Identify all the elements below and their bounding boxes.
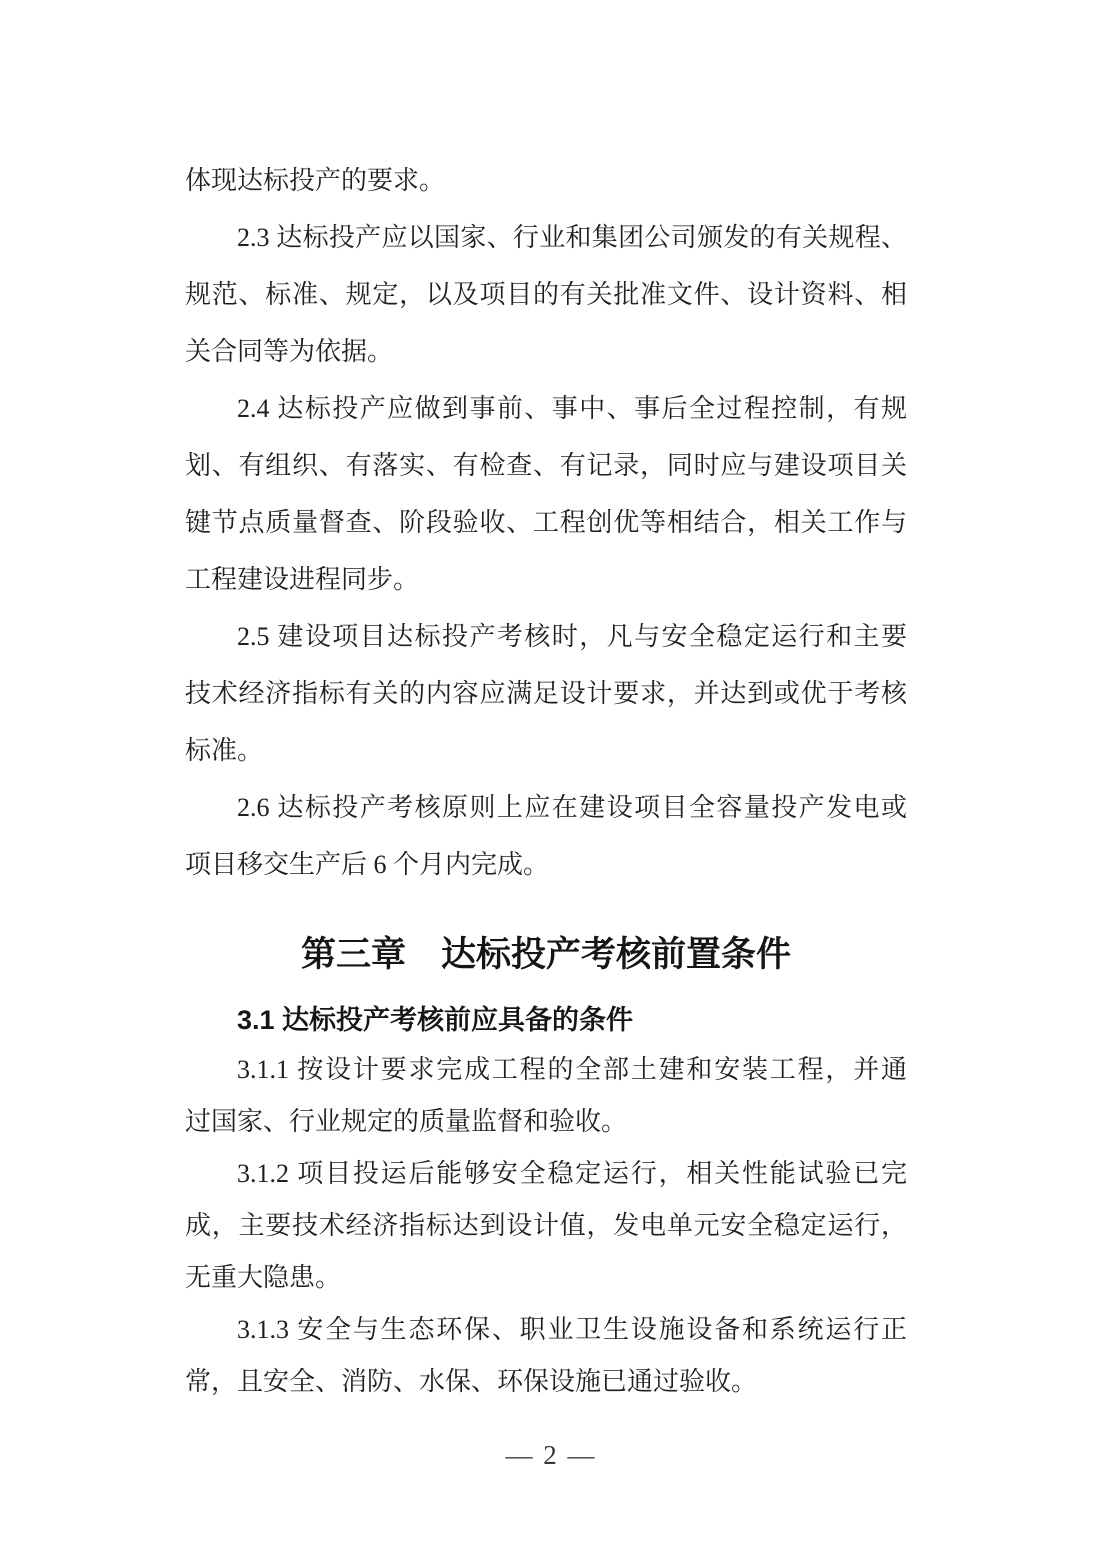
text-line: 2.5 建设项目达标投产考核时，凡与安全稳定运行和主要 [185,608,907,665]
section-heading: 3.1 达标投产考核前应具备的条件 [185,994,907,1046]
chapter-heading: 第三章 达标投产考核前置条件 [185,926,907,983]
text-line: 项目移交生产后 6 个月内完成。 [185,836,907,893]
text-line: 规范、标准、规定，以及项目的有关批准文件、设计资料、相 [185,266,907,323]
text-line: 常，且安全、消防、水保、环保设施已通过验收。 [185,1356,907,1408]
text-line: 工程建设进程同步。 [185,551,907,608]
text-line: 体现达标投产的要求。 [185,152,907,209]
page-number: — 2 — [0,1437,1102,1473]
text-line: 3.1.3 安全与生态环保、职业卫生设施设备和系统运行正 [185,1304,907,1356]
body-section-chapter3: 3.1.1 按设计要求完成工程的全部土建和安装工程，并通 过国家、行业规定的质量… [185,1044,907,1408]
document-page: 体现达标投产的要求。 2.3 达标投产应以国家、行业和集团公司颁发的有关规程、 … [0,0,1102,1559]
text-line: 划、有组织、有落实、有检查、有记录，同时应与建设项目关 [185,437,907,494]
text-line: 过国家、行业规定的质量监督和验收。 [185,1096,907,1148]
text-line: 键节点质量督查、阶段验收、工程创优等相结合，相关工作与 [185,494,907,551]
body-section-chapter2: 体现达标投产的要求。 2.3 达标投产应以国家、行业和集团公司颁发的有关规程、 … [185,152,907,893]
text-line: 3.1.1 按设计要求完成工程的全部土建和安装工程，并通 [185,1044,907,1096]
text-line: 3.1.2 项目投运后能够安全稳定运行，相关性能试验已完 [185,1148,907,1200]
text-line: 成，主要技术经济指标达到设计值，发电单元安全稳定运行， [185,1200,907,1252]
text-line: 2.6 达标投产考核原则上应在建设项目全容量投产发电或 [185,779,907,836]
text-line: 技术经济指标有关的内容应满足设计要求，并达到或优于考核 [185,665,907,722]
text-line: 2.3 达标投产应以国家、行业和集团公司颁发的有关规程、 [185,209,907,266]
text-line: 2.4 达标投产应做到事前、事中、事后全过程控制，有规 [185,380,907,437]
text-line: 无重大隐患。 [185,1252,907,1304]
text-line: 关合同等为依据。 [185,323,907,380]
text-line: 标准。 [185,722,907,779]
